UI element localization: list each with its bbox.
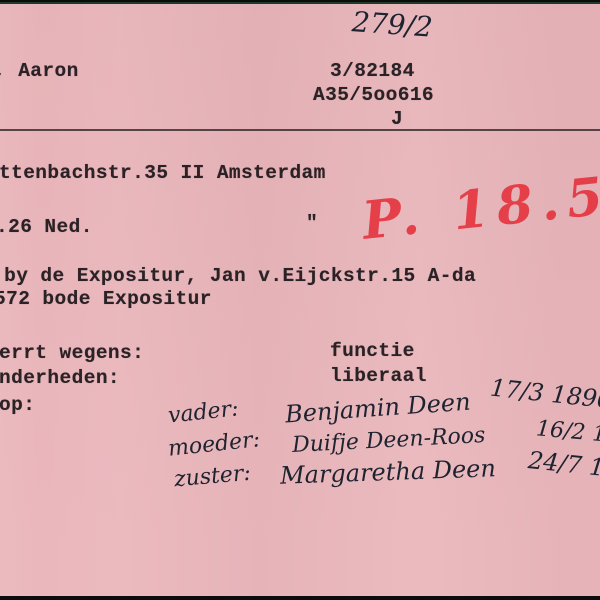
ditto-mark: " bbox=[306, 212, 318, 234]
red-annotation: P. 18.5 bbox=[359, 165, 600, 252]
card-bottom-edge bbox=[0, 596, 600, 600]
card-top-edge bbox=[0, 2, 600, 4]
address-line: ttenbachstr.35 II Amsterdam bbox=[0, 162, 326, 184]
family-relation-sister: zuster: bbox=[173, 461, 252, 493]
registration-card: , Aaron 279/2 3/82184 A35/5oo616 J ttenb… bbox=[0, 2, 600, 596]
family-date-mother: 16/2 18 bbox=[535, 416, 600, 448]
family-relation-mother: moeder: bbox=[167, 427, 261, 461]
family-date-father: 17/3 1896 bbox=[489, 374, 600, 415]
field-label-arrest-reason: errt wegens: bbox=[0, 342, 144, 364]
category-letter: J bbox=[391, 108, 403, 130]
field-value-particulars: liberaal bbox=[330, 365, 427, 387]
reference-number-2: A35/5oo616 bbox=[313, 84, 434, 106]
family-name-sister: Margaretha Deen bbox=[280, 454, 497, 490]
archive-number-handwritten: 279/2 bbox=[351, 5, 434, 44]
reference-number-1: 3/82184 bbox=[330, 60, 415, 82]
header-divider bbox=[0, 129, 600, 131]
family-name-mother: Duifje Deen-Roos bbox=[291, 423, 485, 458]
field-value-arrest-reason: functie bbox=[330, 340, 415, 362]
field-label-relatives: op: bbox=[0, 394, 35, 416]
employment-line-1: by de Expositur, Jan v.Eijckstr.15 A-da bbox=[0, 265, 476, 287]
person-name: , Aaron bbox=[0, 60, 79, 82]
birth-nationality-line: .26 Ned. bbox=[0, 216, 93, 238]
family-relation-father: vader: bbox=[167, 396, 240, 428]
employment-line-2: 572 bode Expositur bbox=[0, 288, 212, 310]
field-label-particulars: nderheden: bbox=[0, 367, 120, 389]
family-name-father: Benjamin Deen bbox=[284, 388, 471, 429]
family-date-sister: 24/7 1 bbox=[527, 446, 600, 482]
